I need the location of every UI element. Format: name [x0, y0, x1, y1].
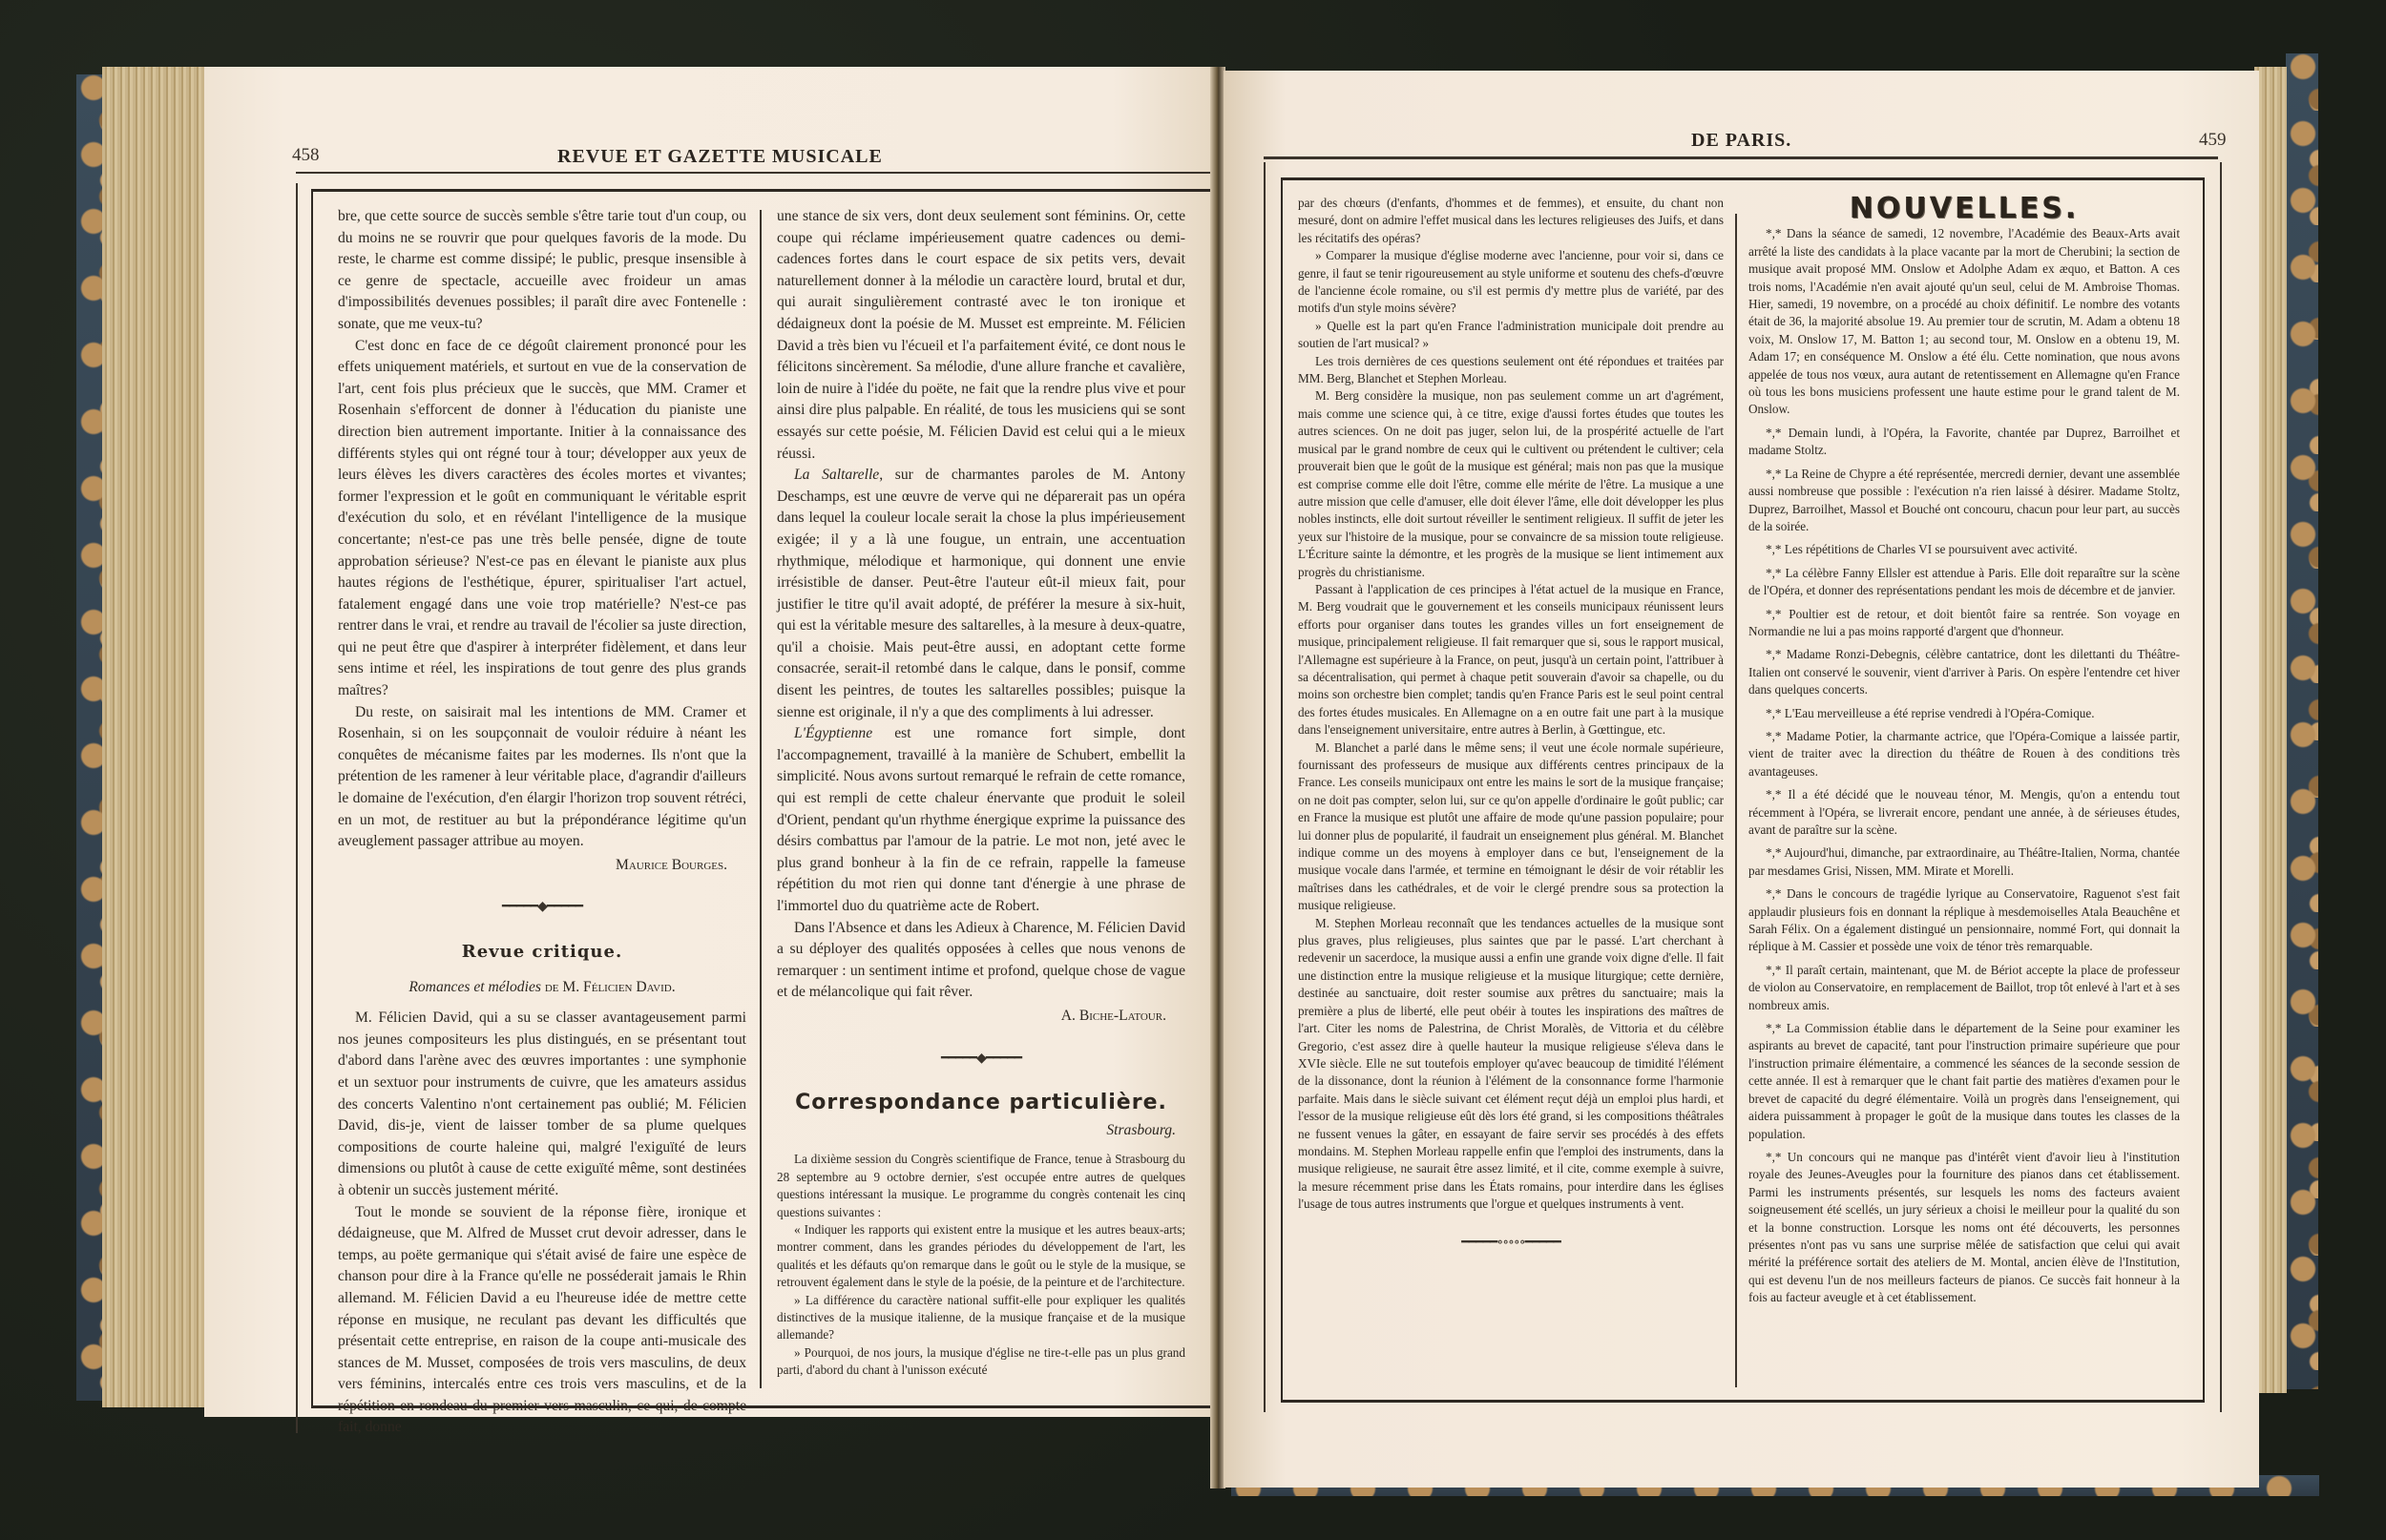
paragraph: L'Égyptienne est une romance fort simple…	[777, 723, 1185, 917]
page-edges-right	[2254, 67, 2287, 1393]
paragraph: Les trois dernières de ces questions seu…	[1298, 353, 1724, 388]
open-book-spread: 458 REVUE ET GAZETTE MUSICALE bre, que c…	[0, 0, 2386, 1540]
paragraph: » Quelle est la part qu'en France l'admi…	[1298, 318, 1724, 353]
news-item: *,* Aujourd'hui, dimanche, par extraordi…	[1748, 844, 2180, 880]
paragraph: M. Berg considère la musique, non pas se…	[1298, 387, 1724, 580]
ornament-divider: ━━━━━◆━━━━━	[777, 1049, 1185, 1071]
section-title-nouvelles: NOUVELLES.	[1748, 200, 2180, 218]
column-separator	[760, 210, 762, 1388]
page-number-right: 459	[2199, 130, 2227, 151]
dateline-place: Strasbourg.	[777, 1120, 1176, 1142]
paragraph: Tout le monde se souvient de la réponse …	[338, 1202, 746, 1440]
small-print-block: La dixième session du Congrès scientifiq…	[777, 1151, 1185, 1379]
news-item: *,* Dans le concours de tragédie lyrique…	[1748, 885, 2180, 956]
header-rule	[296, 172, 1212, 174]
work-title: La Saltarelle	[794, 467, 879, 483]
review-title-author: de M. Félicien David.	[541, 979, 676, 995]
signature: Maurice Bourges.	[338, 855, 727, 877]
ornament-divider: ━━━━━◆━━━━━	[338, 897, 746, 919]
news-item: *,* La célèbre Fanny Ellsler est attendu…	[1748, 565, 2180, 600]
news-item: *,* Dans la séance de samedi, 12 novembr…	[1748, 225, 2180, 418]
review-title: Romances et mélodies de M. Félicien Davi…	[338, 977, 746, 999]
section-title: Revue critique.	[338, 942, 746, 964]
column-separator	[1735, 214, 1737, 1387]
paragraph: La dixième session du Congrès scientifiq…	[777, 1151, 1185, 1221]
news-item: *,* Il paraît certain, maintenant, que M…	[1748, 962, 2180, 1014]
review-title-italic: Romances et mélodies	[408, 979, 541, 995]
signature: A. Biche-Latour.	[777, 1006, 1166, 1028]
news-item: *,* Poultier est de retour, et doit bien…	[1748, 606, 2180, 641]
news-item: *,* Les répétitions de Charles VI se pou…	[1748, 541, 2180, 558]
paragraph: Passant à l'application de ces principes…	[1298, 581, 1724, 739]
page-edges-left	[102, 67, 207, 1407]
left-page-column-2: une stance de six vers, dont deux seulem…	[777, 206, 1185, 1380]
paragraph: La Saltarelle, sur de charmantes paroles…	[777, 465, 1185, 723]
left-page-column-1: bre, que cette source de succès semble s…	[338, 206, 746, 1439]
right-page-column-2: NOUVELLES. *,* Dans la séance de samedi,…	[1748, 198, 2180, 1313]
paragraph: Dans l'Absence et dans les Adieux à Char…	[777, 918, 1185, 1004]
paragraph: M. Blanchet a parlé dans le même sens; i…	[1298, 739, 1724, 915]
news-item: *,* Demain lundi, à l'Opéra, la Favorite…	[1748, 425, 2180, 460]
paragraph: » La différence du caractère national su…	[777, 1292, 1185, 1344]
news-item: *,* La Commission établie dans le départ…	[1748, 1020, 2180, 1143]
running-head-left: REVUE ET GAZETTE MUSICALE	[557, 146, 883, 168]
news-item: *,* Madame Ronzi-Debegnis, célèbre canta…	[1748, 646, 2180, 698]
news-item: *,* La Reine de Chypre a été représentée…	[1748, 466, 2180, 536]
paragraph: bre, que cette source de succès semble s…	[338, 206, 746, 336]
section-title: Correspondance particulière.	[777, 1093, 1185, 1114]
right-page-column-1: par des chœurs (d'enfants, d'hommes et d…	[1298, 195, 1724, 1275]
news-item: *,* Un concours qui ne manque pas d'inté…	[1748, 1149, 2180, 1307]
paragraph: C'est donc en face de ce dégoût claireme…	[338, 336, 746, 702]
paragraph-text: , sur de charmantes paroles de M. Antony…	[777, 467, 1185, 720]
paragraph-text: est une romance fort simple, dont l'acco…	[777, 725, 1185, 914]
paragraph: M. Stephen Morleau reconnaît que les ten…	[1298, 915, 1724, 1214]
running-head-right: DE PARIS.	[1691, 130, 1791, 152]
page-number-left: 458	[292, 145, 320, 166]
marbled-cover-right	[2286, 53, 2318, 1389]
news-item: *,* Il a été décidé que le nouveau ténor…	[1748, 786, 2180, 839]
work-title: L'Égyptienne	[794, 725, 872, 741]
marbled-cover-left	[76, 74, 105, 1401]
news-item: *,* L'Eau merveilleuse a été reprise ven…	[1748, 705, 2180, 722]
paragraph: une stance de six vers, dont deux seulem…	[777, 206, 1185, 465]
left-page: 458 REVUE ET GAZETTE MUSICALE bre, que c…	[204, 67, 1214, 1417]
paragraph: par des chœurs (d'enfants, d'hommes et d…	[1298, 195, 1724, 247]
header-rule	[1264, 156, 2218, 159]
paragraph: M. Félicien David, qui a su se classer a…	[338, 1008, 746, 1201]
paragraph: Du reste, on saisirait mal les intention…	[338, 702, 746, 853]
paragraph: » Comparer la musique d'église moderne a…	[1298, 247, 1724, 318]
ornament-divider: ━━━━━∘∘∘∘∘━━━━━	[1298, 1235, 1724, 1252]
news-item: *,* Madame Potier, la charmante actrice,…	[1748, 728, 2180, 780]
right-page: DE PARIS. 459 par des chœurs (d'enfants,…	[1224, 71, 2259, 1488]
paragraph: » Pourquoi, de nos jours, la musique d'é…	[777, 1344, 1185, 1380]
paragraph: « Indiquer les rapports qui existent ent…	[777, 1221, 1185, 1292]
